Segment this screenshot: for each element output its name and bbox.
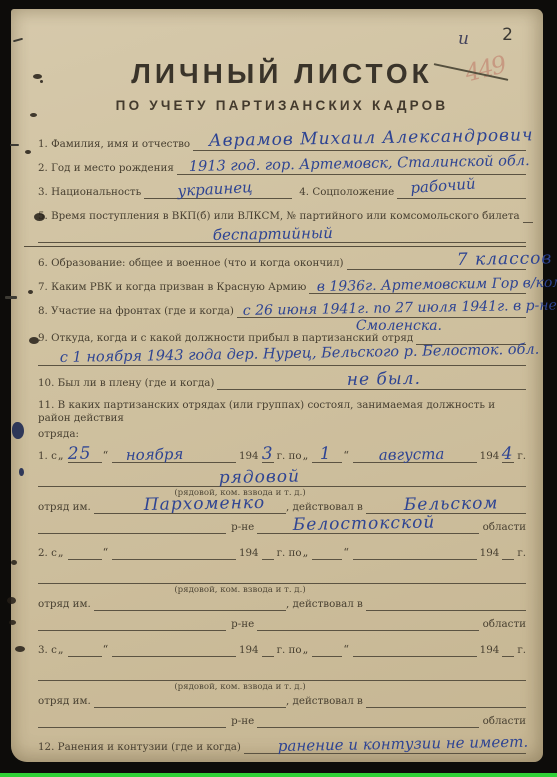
field-row-8: 8. Участие на фронтах (где и когда) с 26… — [38, 304, 526, 318]
field-2-label: 2. Год и место рождения — [38, 163, 174, 175]
entry-1-otryad-line: Пархоменко — [94, 500, 286, 514]
entry-1-acted-line: Бельском — [366, 500, 526, 514]
field-3-label: 3. Национальность — [38, 187, 141, 199]
field-7-line: в 1936г. Артемовским Гор в/ком. — [309, 280, 526, 294]
close-quote: “ — [103, 644, 109, 657]
printed-g: г. — [517, 548, 526, 560]
field-12-line: ранение и контузии не имеет. — [244, 740, 526, 754]
entry-3-otryad-row: отряд им. , действовал в — [38, 694, 526, 708]
field-12-label: 12. Ранения и контузии (где и когда) — [38, 742, 241, 754]
field-row-10: 10. Был ли в плену (где и когда) не был. — [38, 376, 526, 390]
field-9-line: с 1 ноября 1943 года дер. Нурец, Бельско… — [38, 350, 526, 366]
field-10-value: не был. — [347, 370, 421, 391]
acted-label: , действовал в — [286, 502, 363, 514]
printed-year-prefix: 194 — [239, 451, 259, 463]
field-row-6: 6. Образование: общее и военное (что и к… — [38, 256, 526, 270]
close-quote: “ — [343, 547, 349, 560]
field-6-value: 7 классов — [456, 250, 552, 271]
entry-2-otryad-row: отряд им. , действовал в — [38, 597, 526, 611]
printed-year-prefix: 194 — [480, 451, 500, 463]
form-subtitle: ПО УЧЕТУ ПАРТИЗАНСКИХ КАДРОВ — [38, 98, 526, 113]
entry-2-blank-line — [38, 617, 226, 631]
entry-1-month-line: ноября — [112, 449, 236, 463]
paper-sheet: и 2 449 ЛИЧНЫЙ ЛИСТОК ПО УЧЕТУ ПАРТИЗАНС… — [11, 9, 543, 762]
stain — [34, 213, 45, 221]
entry-3-acted-line — [366, 694, 526, 708]
entry-3-otryad-line — [94, 694, 286, 708]
entry-1-year2-digit: 4 — [502, 444, 514, 464]
entry-3-year2-line — [502, 643, 514, 657]
field-2-value: 1913 год. гор. Артемовск, Сталинской обл… — [189, 153, 530, 176]
close-quote: “ — [343, 644, 349, 657]
open-quote: „ — [303, 450, 309, 463]
open-quote: „ — [58, 547, 64, 560]
entry-3-year-line — [262, 643, 274, 657]
field-2-line: 1913 год. гор. Артемовск, Сталинской обл… — [177, 161, 526, 175]
stain — [28, 290, 33, 294]
open-quote: „ — [58, 644, 64, 657]
entry-2-district-line — [257, 617, 478, 631]
field-1-value: Аврамов Михаил Александрович — [209, 127, 534, 152]
entry-2-month-line — [112, 546, 236, 560]
field-10-label: 10. Был ли в плену (где и когда) — [38, 378, 214, 390]
entry-3-blank-line — [38, 714, 226, 728]
entry-2-rank-row — [38, 569, 526, 584]
printed-year-prefix: 194 — [480, 645, 500, 657]
service-entry-1: 1. с „ 25 “ ноября 194 3 г. по „ — [38, 449, 526, 534]
ink-blob — [19, 468, 24, 476]
entry-2-acted-line — [366, 597, 526, 611]
otryad-label: отряд им. — [38, 599, 91, 611]
entry-1-day2: 1 — [320, 444, 332, 464]
field-8-line: с 26 июня 1941г. по 27 июля 1941г. в р-н… — [237, 304, 526, 318]
stain — [15, 646, 25, 652]
entry-1-day2-line: 1 — [312, 449, 342, 463]
stain — [7, 597, 16, 604]
entry-1-blank-line — [38, 520, 226, 534]
scan-artifact-strip — [0, 773, 557, 777]
field-5-label: 5. Время поступления в ВКП(б) или ВЛКСМ,… — [38, 211, 520, 223]
field-1-label: 1. Фамилия, имя и отчество — [38, 139, 190, 151]
field-row-7: 7. Каким РВК и когда призван в Красную А… — [38, 280, 526, 294]
entry-1-otryad-row: отряд им. Пархоменко , действовал в Бель… — [38, 500, 526, 514]
entry-3-day-line — [68, 643, 102, 657]
entry-2-day2-line — [312, 546, 342, 560]
entry-1-day: 25 — [67, 444, 91, 464]
field-6-line: 7 классов — [347, 256, 526, 270]
rne-label: р-не — [231, 716, 254, 728]
entry-3-month2-line — [353, 643, 477, 657]
entry-2-region-row: р-не области — [38, 617, 526, 631]
field-row-3-4: 3. Национальность украинец 4. Соцположен… — [38, 185, 526, 199]
entry-3-rank-row — [38, 666, 526, 681]
pen-mark — [10, 144, 19, 146]
entry-3-day2-line — [312, 643, 342, 657]
printed-year-prefix: 194 — [480, 548, 500, 560]
stain — [25, 150, 31, 154]
entry-3-district-line — [257, 714, 478, 728]
field-4-label: 4. Соцположение — [299, 187, 394, 199]
close-quote: “ — [103, 547, 109, 560]
entry-3-num: 3. с — [38, 645, 57, 657]
entry-1-otryad: Пархоменко — [143, 493, 265, 515]
field-5-line-short — [523, 209, 533, 223]
entry-2-year-line — [262, 546, 274, 560]
field-5-value: беспартийный — [213, 225, 333, 244]
field-3-value: украинец — [177, 179, 253, 200]
rne-label: р-не — [231, 619, 254, 631]
entry-3-rank-line — [38, 666, 526, 681]
entry-1-district-line: Белостокской — [257, 520, 478, 534]
rank-hint: (рядовой, ком. взвода и т. д.) — [0, 585, 484, 594]
entry-1-num: 1. с — [38, 451, 57, 463]
entry-3-month-line — [112, 643, 236, 657]
stain — [33, 74, 42, 79]
oblast-label: области — [483, 522, 526, 534]
rne-label: р-не — [231, 522, 254, 534]
field-1-line: Аврамов Михаил Александрович — [193, 137, 526, 151]
form-content: ЛИЧНЫЙ ЛИСТОК ПО УЧЕТУ ПАРТИЗАНСКИХ КАДР… — [38, 25, 526, 754]
field-row-5b: беспартийный — [38, 227, 526, 243]
open-quote: „ — [303, 547, 309, 560]
field-4-line: рабочий — [397, 185, 526, 199]
entry-3-date-row: 3. с „ “ 194 г. по „ “ 194 г. — [38, 643, 526, 657]
field-10-line: не был. — [217, 376, 526, 390]
printed-g: г. — [517, 645, 526, 657]
field-row-2: 2. Год и место рождения 1913 год. гор. А… — [38, 161, 526, 175]
close-quote: “ — [103, 450, 109, 463]
entry-1-rank-line: рядовой — [38, 472, 526, 487]
field-6-label: 6. Образование: общее и военное (что и к… — [38, 258, 344, 270]
stain — [29, 337, 39, 344]
ink-blob — [12, 422, 24, 439]
acted-label: , действовал в — [286, 696, 363, 708]
close-quote: “ — [343, 450, 349, 463]
section-divider — [24, 246, 526, 247]
entry-1-year2-line: 4 — [502, 449, 514, 463]
field-3-line: украинец — [144, 185, 292, 199]
entry-1-day-line: 25 — [68, 449, 102, 463]
field-7-value: в 1936г. Артемовским Гор в/ком. — [317, 275, 557, 295]
printed-year-prefix: 194 — [239, 548, 259, 560]
entry-1-rank-row: рядовой — [38, 472, 526, 487]
field-11-label2: отряда: — [38, 428, 526, 441]
service-entry-2: 2. с „ “ 194 г. по „ “ 194 г. — [38, 546, 526, 631]
entry-1-region-row: р-не Белостокской области — [38, 520, 526, 534]
field-row-1: 1. Фамилия, имя и отчество Аврамов Михаи… — [38, 137, 526, 151]
entry-2-otryad-line — [94, 597, 286, 611]
service-entry-3: 3. с „ “ 194 г. по „ “ 194 г. — [38, 643, 526, 728]
printed-g-po: г. по — [277, 645, 302, 657]
stain — [9, 620, 16, 625]
field-row-5: 5. Время поступления в ВКП(б) или ВЛКСМ,… — [38, 209, 526, 223]
oblast-label: области — [483, 716, 526, 728]
form-title: ЛИЧНЫЙ ЛИСТОК — [38, 58, 526, 90]
field-5-line: беспартийный — [38, 227, 526, 243]
pen-mark — [5, 296, 17, 299]
stain — [30, 113, 37, 117]
field-4-value: рабочий — [410, 175, 476, 197]
entry-1-month2: августа — [379, 446, 445, 464]
entry-1-month2-line: августа — [353, 449, 477, 463]
entry-2-rank-line — [38, 569, 526, 584]
entry-1-date-row: 1. с „ 25 “ ноября 194 3 г. по „ — [38, 449, 526, 463]
acted-label: , действовал в — [286, 599, 363, 611]
entry-2-date-row: 2. с „ “ 194 г. по „ “ 194 г. — [38, 546, 526, 560]
field-8-label: 8. Участие на фронтах (где и когда) — [38, 306, 234, 318]
otryad-label: отряд им. — [38, 696, 91, 708]
oblast-label: области — [483, 619, 526, 631]
entry-2-month2-line — [353, 546, 477, 560]
otryad-label: отряд им. — [38, 502, 91, 514]
open-quote: „ — [58, 450, 64, 463]
entry-1-year-line: 3 — [262, 449, 274, 463]
printed-year-prefix: 194 — [239, 645, 259, 657]
entry-1-month: ноября — [126, 446, 184, 464]
entry-1-rank: рядовой — [218, 467, 300, 488]
field-9-value: с 1 ноября 1943 года дер. Нурец, Бельско… — [60, 342, 540, 367]
stain — [40, 80, 43, 83]
entry-1-district: Белостокской — [292, 513, 435, 535]
entry-3-region-row: р-не области — [38, 714, 526, 728]
field-11-label: 11. В каких партизанских отрядах (или гр… — [38, 399, 526, 426]
entry-2-year2-line — [502, 546, 514, 560]
field-9-label: 9. Откуда, когда и с какой должности при… — [38, 333, 413, 345]
field-12-value: ранение и контузии не имеет. — [278, 734, 529, 756]
field-row-9b: с 1 ноября 1943 года дер. Нурец, Бельско… — [38, 350, 526, 366]
field-7-label: 7. Каким РВК и когда призван в Красную А… — [38, 282, 306, 294]
entry-2-day-line — [68, 546, 102, 560]
entry-2-num: 2. с — [38, 548, 57, 560]
printed-g: г. — [517, 451, 526, 463]
open-quote: „ — [303, 644, 309, 657]
field-row-12: 12. Ранения и контузии (где и когда) ран… — [38, 740, 526, 754]
stain — [11, 560, 17, 565]
field-8-value: с 26 июня 1941г. по 27 июля 1941г. в р-н… — [243, 297, 557, 319]
entry-1-year-digit: 3 — [261, 444, 273, 464]
rank-hint: (рядовой, ком. взвода и т. д.) — [0, 682, 484, 691]
printed-g-po: г. по — [277, 451, 302, 463]
printed-g-po: г. по — [277, 548, 302, 560]
